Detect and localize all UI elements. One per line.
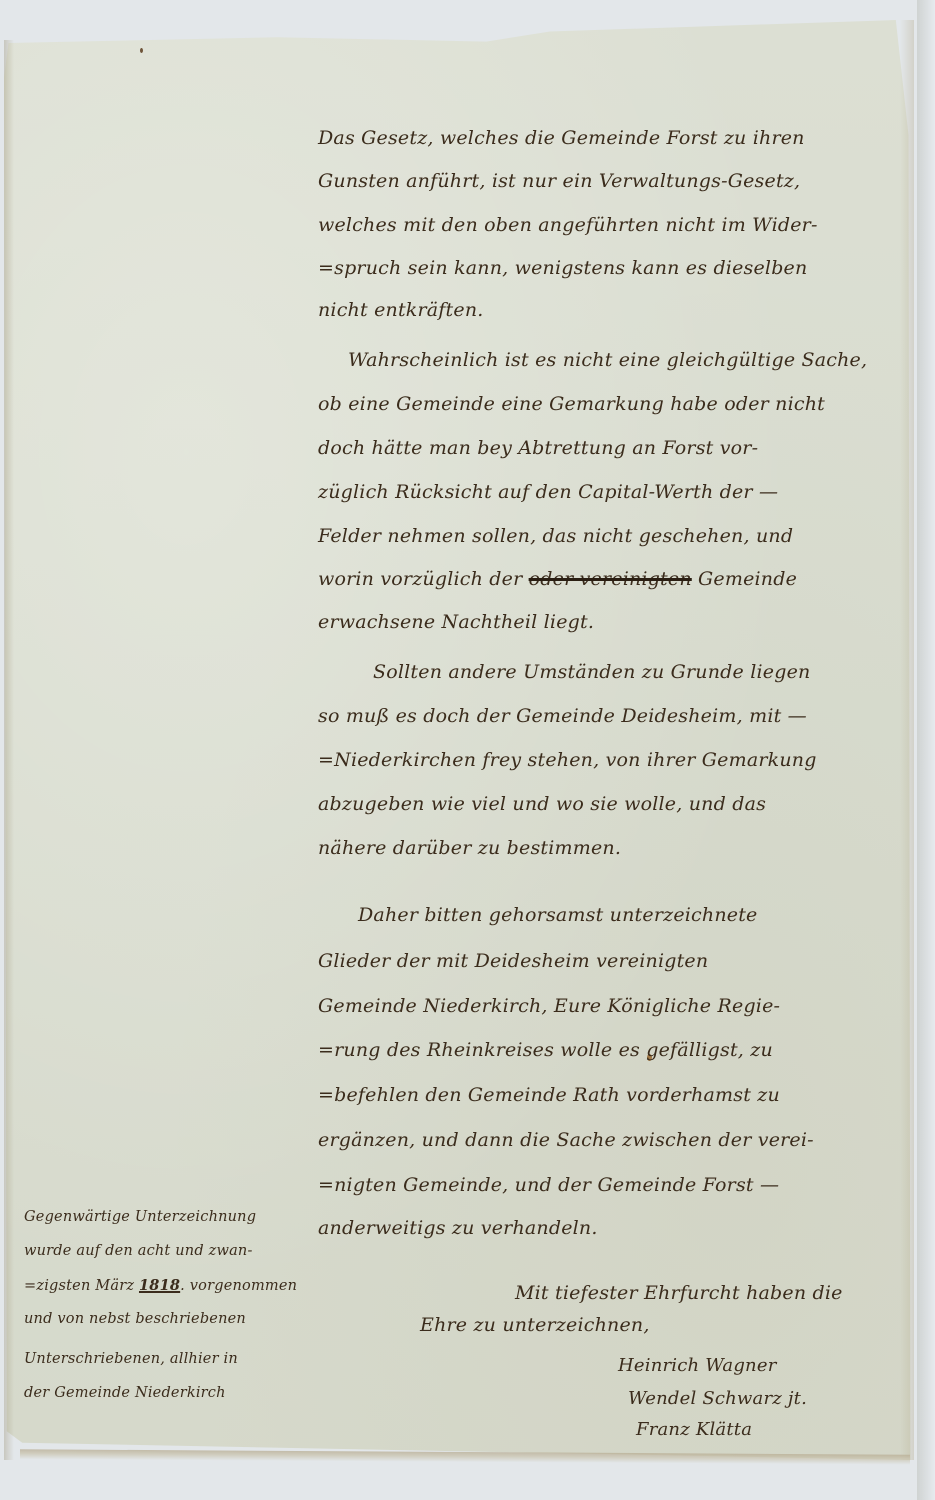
body-text: Gemeinde [698,568,797,590]
page-edge-right [900,20,914,1460]
signature: Heinrich Wagner [618,1355,777,1377]
body-line: =Niederkirchen frey stehen, von ihrer Ge… [318,749,817,771]
body-line: worin vorzüglich der oder vereinigten Ge… [318,568,797,590]
margin-line: und von nebst beschriebenen [24,1310,246,1328]
body-line: doch hätte man bey Abtrettung an Forst v… [318,437,758,459]
body-line: Gemeinde Niederkirch, Eure Königliche Re… [318,995,780,1017]
page-edge-left [4,40,14,1460]
body-line: Das Gesetz, welches die Gemeinde Forst z… [318,127,805,149]
body-line: Wahrscheinlich ist es nicht eine gleichg… [348,349,867,371]
margin-year: 1818 [139,1277,180,1294]
margin-line: wurde auf den acht und zwan- [24,1242,253,1260]
body-text: worin vorzüglich der [318,568,522,590]
closing-line: Mit tiefester Ehrfurcht haben die [515,1282,843,1304]
margin-line: der Gemeinde Niederkirch [24,1384,226,1402]
body-line: welches mit den oben angeführten nicht i… [318,214,818,236]
body-line: so muß es doch der Gemeinde Deidesheim, … [318,705,807,727]
body-line: =befehlen den Gemeinde Rath vorderhamst … [318,1084,780,1106]
body-line: nicht entkräften. [318,299,484,321]
body-line: ob eine Gemeinde eine Gemarkung habe ode… [318,393,825,415]
body-line: =spruch sein kann, wenigstens kann es di… [318,257,807,279]
body-line: anderweitigs zu verhandeln. [318,1217,598,1239]
margin-line: Gegenwärtige Unterzeichnung [24,1208,256,1226]
signature: Wendel Schwarz jt. [628,1388,807,1410]
margin-text: . vorgenommen [180,1278,297,1294]
body-line: =rung des Rheinkreises wolle es gefällig… [318,1039,773,1061]
margin-line: Unterschriebenen, allhier in [24,1350,238,1368]
margin-text: =zigsten März [24,1278,134,1294]
body-line: züglich Rücksicht auf den Capital-Werth … [318,481,778,503]
body-line: nähere darüber zu bestimmen. [318,837,621,859]
closing-line: Ehre zu unterzeichnen, [420,1314,650,1336]
struck-text: oder vereinigten [529,568,692,590]
photo-backdrop [917,0,935,1500]
body-line: abzugeben wie viel und wo sie wolle, und… [318,793,766,815]
body-line: =nigten Gemeinde, und der Gemeinde Forst… [318,1174,779,1196]
body-line: erwachsene Nachtheil liegt. [318,611,594,633]
body-line: Sollten andere Umständen zu Grunde liege… [373,661,810,683]
body-line: Felder nehmen sollen, das nicht geschehe… [318,525,793,547]
body-line: Gunsten anführt, ist nur ein Verwaltungs… [318,170,800,192]
signature: Franz Klätta [636,1419,752,1441]
margin-line: =zigsten März 1818. vorgenommen [24,1277,297,1295]
ink-speck [140,48,143,53]
body-line: Daher bitten gehorsamst unterzeichnete [358,904,757,926]
body-line: ergänzen, und dann die Sache zwischen de… [318,1129,814,1151]
body-line: Glieder der mit Deidesheim vereinigten [318,950,708,972]
